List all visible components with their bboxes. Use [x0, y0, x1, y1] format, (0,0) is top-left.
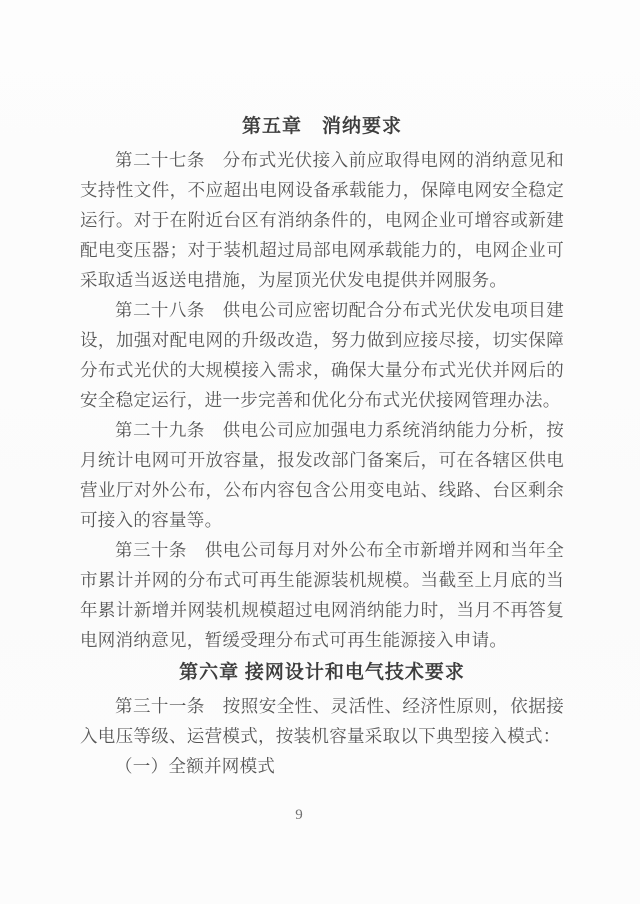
article-27-paragraph: 第二十七条 分布式光伏接入前应取得电网的消纳意见和支持性文件，不应超出电网设备承…	[80, 145, 564, 295]
article-29-paragraph: 第二十九条 供电公司应加强电力系统消纳能力分析，按月统计电网可开放容量，报发改部…	[80, 415, 564, 535]
scanned-document-page: 第五章 消纳要求 第二十七条 分布式光伏接入前应取得电网的消纳意见和支持性文件，…	[0, 0, 640, 904]
list-item-1-full-grid-mode: （一）全额并网模式	[80, 751, 564, 781]
document-content: 第五章 消纳要求 第二十七条 分布式光伏接入前应取得电网的消纳意见和支持性文件，…	[80, 112, 564, 781]
article-30-paragraph: 第三十条 供电公司每月对外公布全市新增并网和当年全市累计并网的分布式可再生能源装…	[80, 535, 564, 655]
article-28-paragraph: 第二十八条 供电公司应密切配合分布式光伏发电项目建设，加强对配电网的升级改造，努…	[80, 295, 564, 415]
chapter-5-heading: 第五章 消纳要求	[80, 112, 564, 142]
page-number: 9	[0, 804, 598, 826]
chapter-6-heading: 第六章 接网设计和电气技术要求	[80, 658, 564, 688]
article-31-paragraph: 第三十一条 按照安全性、灵活性、经济性原则，依据接入电压等级、运营模式，按装机容…	[80, 691, 564, 751]
